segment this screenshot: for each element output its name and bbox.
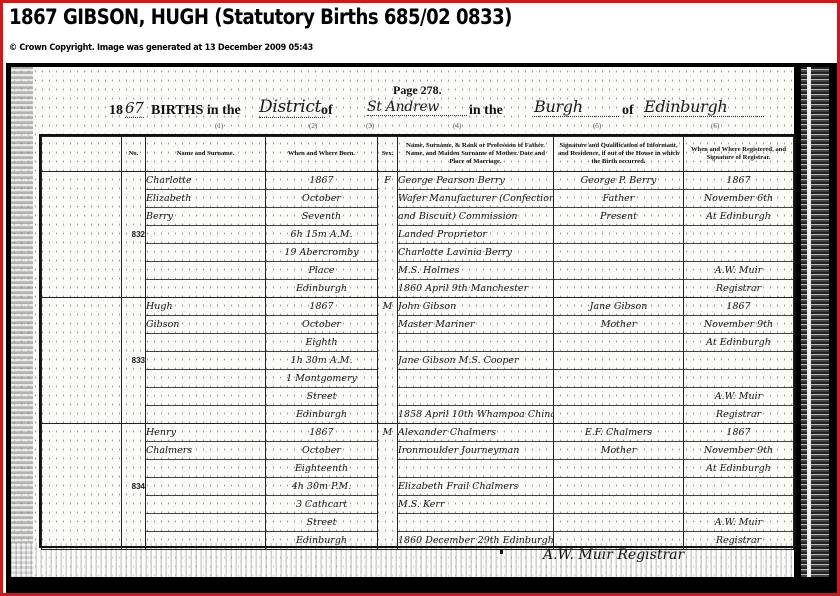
entry-number: 834 bbox=[122, 424, 146, 550]
informant-line: Jane Gibson bbox=[554, 298, 683, 316]
parents-line bbox=[398, 514, 553, 532]
parents-line bbox=[398, 460, 553, 478]
informant-cell: E.F. ChalmersMother bbox=[554, 424, 684, 550]
when-where-born-line: Edinburgh bbox=[266, 532, 377, 549]
child-name-line bbox=[146, 280, 265, 297]
when-where-born-line: October bbox=[266, 316, 377, 334]
registration-line: November 9th bbox=[684, 316, 793, 334]
entry-number: 832 bbox=[122, 172, 146, 298]
registrar-signature: A.W. Muir Registrar bbox=[543, 547, 684, 563]
when-where-born-line: Edinburgh bbox=[266, 406, 377, 423]
registration-line: November 9th bbox=[684, 442, 793, 460]
when-where-born-line: October bbox=[266, 190, 377, 208]
parents-line: Alexander Chalmers bbox=[398, 424, 553, 442]
in-the-label: in the bbox=[469, 103, 503, 119]
informant-line bbox=[554, 406, 683, 423]
parents-line: Charlotte Lavinia Berry bbox=[398, 244, 553, 262]
informant-cell: Jane GibsonMother bbox=[554, 298, 684, 424]
child-name-line bbox=[146, 262, 265, 280]
informant-line bbox=[554, 226, 683, 244]
child-name-line: Berry bbox=[146, 208, 265, 226]
informant-line bbox=[554, 388, 683, 406]
child-name-line: Chalmers bbox=[146, 442, 265, 460]
when-where-born-line: 1867 bbox=[266, 298, 377, 316]
informant-line bbox=[554, 514, 683, 532]
column-index: (5) bbox=[593, 122, 601, 130]
registration-cell: 1867November 9thAt EdinburghA.W. MuirReg… bbox=[684, 424, 794, 550]
child-name-line bbox=[146, 388, 265, 406]
when-where-born-line: 4h 30m P.M. bbox=[266, 478, 377, 496]
column-header-no: No. bbox=[122, 137, 146, 172]
informant-line: Father bbox=[554, 190, 683, 208]
parents-line: 1858 April 10th Whampoa China bbox=[398, 406, 553, 423]
of-label-1: of bbox=[321, 103, 333, 119]
entry-number: 833 bbox=[122, 298, 146, 424]
registration-line bbox=[684, 352, 793, 370]
sex-cell: M bbox=[378, 298, 398, 424]
registration-cell: 1867November 6thAt EdinburghA.W. MuirReg… bbox=[684, 172, 794, 298]
registration-line bbox=[684, 496, 793, 514]
registration-line: A.W. Muir bbox=[684, 388, 793, 406]
when-where-born-line: Edinburgh bbox=[266, 280, 377, 297]
child-name-line bbox=[146, 460, 265, 478]
margin-cell bbox=[42, 298, 122, 424]
parents-cell: John GibsonMaster MarinerJane Gibson M.S… bbox=[398, 298, 554, 424]
parents-line: George Pearson Berry bbox=[398, 172, 553, 190]
registration-line bbox=[684, 244, 793, 262]
margin-cell bbox=[42, 424, 122, 550]
paper-edge-left bbox=[11, 67, 33, 577]
registration-line: A.W. Muir bbox=[684, 262, 793, 280]
registration-line bbox=[684, 370, 793, 388]
child-name-line bbox=[146, 334, 265, 352]
year-suffix: 67 bbox=[125, 99, 144, 118]
parents-line: M.S. Kerr bbox=[398, 496, 553, 514]
when-where-born-line: Seventh bbox=[266, 208, 377, 226]
column-index: (2) bbox=[309, 122, 317, 130]
sex-value: M bbox=[378, 298, 397, 315]
column-header-sex: Sex. bbox=[378, 137, 398, 172]
parents-line: Jane Gibson M.S. Cooper bbox=[398, 352, 553, 370]
when-where-born-line: 3 Cathcart bbox=[266, 496, 377, 514]
column-index: (4) bbox=[453, 122, 461, 130]
scan-edge-right bbox=[801, 67, 829, 577]
column-header-born: When and Where Born. bbox=[266, 137, 378, 172]
child-name-line: Henry bbox=[146, 424, 265, 442]
child-name-line bbox=[146, 478, 265, 496]
informant-line bbox=[554, 478, 683, 496]
child-name-line bbox=[146, 532, 265, 549]
child-name-line: Hugh bbox=[146, 298, 265, 316]
child-name-line: Charlotte bbox=[146, 172, 265, 190]
when-where-born-cell: 1867OctoberEighteenth4h 30m P.M.3 Cathca… bbox=[266, 424, 378, 550]
when-where-born-line: Eighth bbox=[266, 334, 377, 352]
parents-line: and Biscuit) Commission bbox=[398, 208, 553, 226]
district-type: District bbox=[259, 97, 325, 118]
column-index: (1) bbox=[215, 122, 223, 130]
when-where-born-line: Street bbox=[266, 514, 377, 532]
registration-line: 1867 bbox=[684, 172, 793, 190]
page-number: Page 278. bbox=[393, 83, 442, 98]
child-name-line: Elizabeth bbox=[146, 190, 265, 208]
copyright-notice: © Crown Copyright. Image was generated a… bbox=[9, 43, 313, 53]
register-scan-image: Page 278. 18 67 BIRTHS in the District o… bbox=[6, 63, 837, 593]
parents-line: Elizabeth Frail Chalmers bbox=[398, 478, 553, 496]
sex-value: M bbox=[378, 424, 397, 441]
informant-line: Mother bbox=[554, 442, 683, 460]
child-name-line bbox=[146, 370, 265, 388]
parents-cell: George Pearson BerryWafer Manufacturer (… bbox=[398, 172, 554, 298]
informant-line: Mother bbox=[554, 316, 683, 334]
parents-line: Landed Proprietor bbox=[398, 226, 553, 244]
column-header-parents: Name, Surname, & Rank or Profession of F… bbox=[398, 137, 554, 172]
when-where-born-line: 19 Abercromby bbox=[266, 244, 377, 262]
child-name-line bbox=[146, 406, 265, 423]
child-name-line bbox=[146, 244, 265, 262]
child-name-line bbox=[146, 226, 265, 244]
informant-line bbox=[554, 496, 683, 514]
district-name: St Andrew bbox=[367, 99, 467, 116]
when-where-born-line: 6h 15m A.M. bbox=[266, 226, 377, 244]
column-index: (6) bbox=[711, 122, 719, 130]
registration-line: 1867 bbox=[684, 424, 793, 442]
when-where-born-line: 1 Montgomery bbox=[266, 370, 377, 388]
margin-cell bbox=[42, 172, 122, 298]
burgh-name: Edinburgh bbox=[644, 97, 764, 117]
registration-line bbox=[684, 226, 793, 244]
parents-line: John Gibson bbox=[398, 298, 553, 316]
column-index: (3) bbox=[366, 122, 374, 130]
registration-line: Registrar bbox=[684, 280, 793, 297]
column-header-informant: Signature and Qualification of Informant… bbox=[554, 137, 684, 172]
year-prefix: 18 bbox=[109, 103, 123, 119]
parents-line: 1860 April 9th Manchester bbox=[398, 280, 553, 297]
registration-line: At Edinburgh bbox=[684, 208, 793, 226]
registration-line bbox=[684, 478, 793, 496]
when-where-born-cell: 1867OctoberSeventh6h 15m A.M.19 Abercrom… bbox=[266, 172, 378, 298]
parents-line: Ironmoulder Journeyman bbox=[398, 442, 553, 460]
page-mark bbox=[500, 550, 503, 554]
sex-value: F bbox=[378, 172, 397, 189]
informant-line bbox=[554, 262, 683, 280]
burgh-type: Burgh bbox=[534, 97, 619, 117]
sex-cell: M bbox=[378, 424, 398, 550]
informant-line: Present bbox=[554, 208, 683, 226]
when-where-born-line: Place bbox=[266, 262, 377, 280]
parents-line: 1860 December 29th Edinburgh bbox=[398, 532, 553, 549]
registration-line: A.W. Muir bbox=[684, 514, 793, 532]
of-label-2: of bbox=[622, 103, 634, 119]
informant-line bbox=[554, 280, 683, 297]
parents-line bbox=[398, 370, 553, 388]
birth-register-table: No. Name and Surname. When and Where Bor… bbox=[39, 134, 796, 548]
viewer-frame: 1867 GIBSON, HUGH (Statutory Births 685/… bbox=[0, 0, 840, 596]
registration-line: November 6th bbox=[684, 190, 793, 208]
informant-line bbox=[554, 244, 683, 262]
register-entry-row: 834HenryChalmers1867OctoberEighteenth4h … bbox=[42, 424, 794, 550]
registration-line: Registrar bbox=[684, 532, 793, 549]
when-where-born-line: Street bbox=[266, 388, 377, 406]
registration-line: At Edinburgh bbox=[684, 334, 793, 352]
register-heading: 18 67 BIRTHS in the District of St Andre… bbox=[109, 99, 769, 121]
register-page: Page 278. 18 67 BIRTHS in the District o… bbox=[11, 67, 794, 577]
informant-line: George P. Berry bbox=[554, 172, 683, 190]
when-where-born-line: Eighteenth bbox=[266, 460, 377, 478]
record-title: 1867 GIBSON, HUGH (Statutory Births 685/… bbox=[9, 5, 512, 29]
registration-line: 1867 bbox=[684, 298, 793, 316]
parents-cell: Alexander ChalmersIronmoulder Journeyman… bbox=[398, 424, 554, 550]
child-name-cell: HenryChalmers bbox=[146, 424, 266, 550]
parents-line bbox=[398, 334, 553, 352]
child-name-cell: HughGibson bbox=[146, 298, 266, 424]
parents-line: Wafer Manufacturer (Confectioner bbox=[398, 190, 553, 208]
when-where-born-line: 1867 bbox=[266, 172, 377, 190]
child-name-line bbox=[146, 496, 265, 514]
column-header-name: Name and Surname. bbox=[146, 137, 266, 172]
child-name-line bbox=[146, 514, 265, 532]
births-in-the-label: BIRTHS in the bbox=[151, 103, 241, 119]
parents-line: M.S. Holmes bbox=[398, 262, 553, 280]
informant-line bbox=[554, 352, 683, 370]
when-where-born-cell: 1867OctoberEighth1h 30m A.M.1 Montgomery… bbox=[266, 298, 378, 424]
margin-header bbox=[42, 137, 122, 172]
column-header-registered: When and Where Registered, and Signature… bbox=[684, 137, 794, 172]
informant-cell: George P. BerryFatherPresent bbox=[554, 172, 684, 298]
informant-line bbox=[554, 460, 683, 478]
parents-line: Master Mariner bbox=[398, 316, 553, 334]
registration-cell: 1867November 9thAt EdinburghA.W. MuirReg… bbox=[684, 298, 794, 424]
informant-line: E.F. Chalmers bbox=[554, 424, 683, 442]
informant-line bbox=[554, 334, 683, 352]
registration-line: Registrar bbox=[684, 406, 793, 423]
register-entry-row: 832CharlotteElizabethBerry1867OctoberSev… bbox=[42, 172, 794, 298]
register-entry-row: 833HughGibson1867OctoberEighth1h 30m A.M… bbox=[42, 298, 794, 424]
registration-line: At Edinburgh bbox=[684, 460, 793, 478]
child-name-line: Gibson bbox=[146, 316, 265, 334]
when-where-born-line: October bbox=[266, 442, 377, 460]
when-where-born-line: 1h 30m A.M. bbox=[266, 352, 377, 370]
when-where-born-line: 1867 bbox=[266, 424, 377, 442]
sex-cell: F bbox=[378, 172, 398, 298]
informant-line bbox=[554, 370, 683, 388]
parents-line bbox=[398, 388, 553, 406]
child-name-cell: CharlotteElizabethBerry bbox=[146, 172, 266, 298]
child-name-line bbox=[146, 352, 265, 370]
